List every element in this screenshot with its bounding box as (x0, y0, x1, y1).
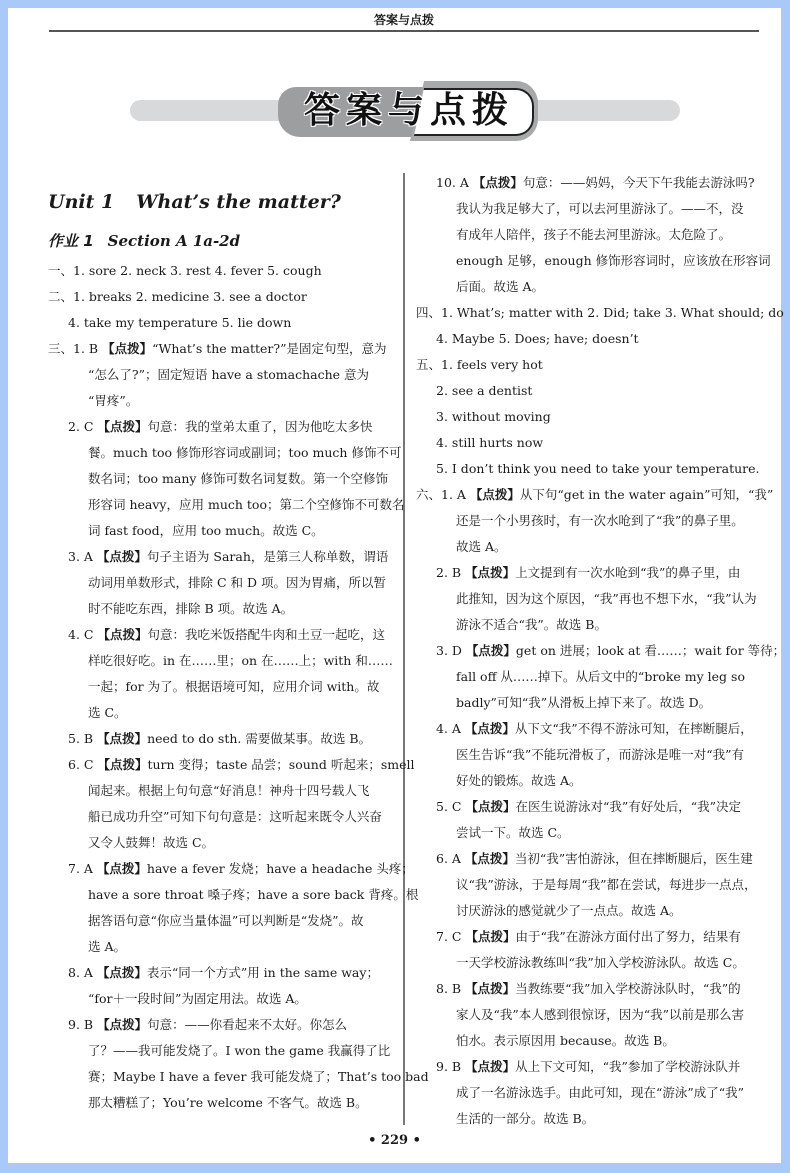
answer-item-first-line: 4. C 【点拨】句意：我吃米饭搭配牛肉和土豆一起吃，这 (48, 622, 392, 648)
answer-item-line: fall off 从……掉下。从后文中的“broke my leg so (416, 664, 761, 690)
banner-title: 答案与点拨 (278, 89, 540, 133)
answer-part-1: 一、1. sore 2. neck 3. rest 4. fever 5. co… (48, 258, 392, 284)
answer-item-first-line: 9. B 【点拨】句意：——你看起来不太好。你怎么 (48, 1012, 392, 1038)
tip-label: 【点拨】 (102, 341, 152, 356)
answer-item-first-line: 2. B 【点拨】上文提到有一次水呛到“我”的鼻子里，由 (416, 560, 761, 586)
answer-item-line: 讨厌游泳的感觉就少了一点点。故选 A。 (416, 898, 761, 924)
answer-item-line: 一起；for 为了。根据语境可知，应用介词 with。故 (48, 674, 392, 700)
answer-item: 六、1. A 【点拨】从下句“get in the water again”可知… (416, 482, 761, 560)
answer-item-first-line: 8. B 【点拨】当教练要“我”加入学校游泳队时，“我”的 (416, 976, 761, 1002)
answer-item-line: 赛；Maybe I have a fever 我可能发烧了；That’s too… (48, 1064, 392, 1090)
unit-title: What’s the matter? (136, 191, 341, 213)
answer-item-line: 议“我”游泳，于是每周“我”都在尝试，每进步一点点， (416, 872, 761, 898)
answer-part-2-line-2: 4. take my temperature 5. lie down (48, 310, 392, 336)
answer-item-line: have a sore throat 嗓子疼；have a sore back … (48, 882, 392, 908)
answer-item-line: 有成年人陪伴，孩子不能去河里游泳。太危险了。 (416, 222, 761, 248)
answer-item-line: 闻起来。根据上句句意“好消息！神舟十四号载人飞 (48, 778, 392, 804)
answer-item-line: 选 A。 (48, 934, 392, 960)
answer-part-5-item-1: 五、1. feels very hot (416, 352, 761, 378)
tip-label: 【点拨】 (470, 487, 520, 502)
answer-part-3-continued: 10. A 【点拨】句意：——妈妈，今天下午我能去游泳吗?我认为我足够大了，可以… (416, 170, 761, 300)
answer-item-line: 医生告诉“我”不能玩滑板了，而游泳是唯一对“我”有 (416, 742, 761, 768)
tip-label: 【点拨】 (465, 929, 515, 944)
answer-item: 5. B 【点拨】need to do sth. 需要做某事。故选 B。 (48, 726, 392, 752)
answer-item-first-line: 2. C 【点拨】句意：我的堂弟太重了，因为他吃太多快 (48, 414, 392, 440)
tip-label: 【点拨】 (97, 627, 147, 642)
tip-label: 【点拨】 (97, 419, 147, 434)
answer-item-line: 时不能吃东西，排除 B 项。故选 A。 (48, 596, 392, 622)
answer-item-line: badly”可知“我”从滑板上掉下来了。故选 D。 (416, 690, 761, 716)
answer-item-line: 又令人鼓舞！故选 C。 (48, 830, 392, 856)
answer-part-4-line-2: 4. Maybe 5. Does; have; doesn’t (416, 326, 761, 352)
tip-label: 【点拨】 (465, 851, 515, 866)
answer-item-line: 尝试一下。故选 C。 (416, 820, 761, 846)
answer-item: 7. C 【点拨】由于“我”在游泳方面付出了努力，结果有一天学校游泳教练叫“我”… (416, 924, 761, 976)
answer-item-line: 了？——我可能发烧了。I won the game 我赢得了比 (48, 1038, 392, 1064)
document-page: 答案与点拨 答案与点拨 Unit 1What’s the matter? 作业 … (8, 8, 781, 1163)
answer-item: 2. B 【点拨】上文提到有一次水呛到“我”的鼻子里，由此推知，因为这个原因，“… (416, 560, 761, 638)
answer-item: 2. C 【点拨】句意：我的堂弟太重了，因为他吃太多快餐。much too 修饰… (48, 414, 392, 544)
answer-item: 3. D 【点拨】get on 进展；look at 看……；wait for … (416, 638, 761, 716)
answer-item-first-line: 六、1. A 【点拨】从下句“get in the water again”可知… (416, 482, 761, 508)
tip-label: 【点拨】 (465, 721, 515, 736)
answer-part-5-item-3: 3. without moving (416, 404, 761, 430)
answer-item-line: 生活的一部分。故选 B。 (416, 1106, 761, 1132)
tip-label: 【点拨】 (97, 861, 147, 876)
answer-item: 3. A 【点拨】句子主语为 Sarah，是第三人称单数，谓语动词用单数形式，排… (48, 544, 392, 622)
answer-part-5-item-5: 5. I don’t think you need to take your t… (416, 456, 761, 482)
answer-item-line: 成了一名游泳选手。由此可知，现在“游泳”成了“我” (416, 1080, 761, 1106)
answer-item-first-line: 6. A 【点拨】当初“我”害怕游泳，但在摔断腿后，医生建 (416, 846, 761, 872)
homework-heading: 作业 1Section A 1a-2d (48, 230, 392, 252)
answer-item-line: 数名词；too many 修饰可数名词复数。第一个空修饰 (48, 466, 392, 492)
answer-item-line: 选 C。 (48, 700, 392, 726)
tip-label: 【点拨】 (465, 1059, 515, 1074)
answer-item-first-line: 6. C 【点拨】turn 变得；taste 品尝；sound 听起来；smel… (48, 752, 392, 778)
answer-item-first-line: 3. A 【点拨】句子主语为 Sarah，是第三人称单数，谓语 (48, 544, 392, 570)
answer-item-line: enough 足够，enough 修饰形容词时，应该放在形容词 (416, 248, 761, 274)
answer-item-line: 家人及“我”本人感到很惊讶，因为“我”以前是那么害 (416, 1002, 761, 1028)
answer-item-line: 船已成功升空”可知下句句意是：这听起来既令人兴奋 (48, 804, 392, 830)
answer-item-line: 动词用单数形式，排除 C 和 D 项。因为胃痛，所以暂 (48, 570, 392, 596)
answer-part-6: 六、1. A 【点拨】从下句“get in the water again”可知… (416, 482, 761, 1132)
answer-item: 8. A 【点拨】表示“同一个方式”用 in the same way；“for… (48, 960, 392, 1012)
tip-label: 【点拨】 (465, 799, 515, 814)
answer-item: 9. B 【点拨】从上下文可知，“我”参加了学校游泳队并成了一名游泳选手。由此可… (416, 1054, 761, 1132)
answer-item: 9. B 【点拨】句意：——你看起来不太好。你怎么了？——我可能发烧了。I wo… (48, 1012, 392, 1116)
answer-item-line: 好处的锻炼。故选 A。 (416, 768, 761, 794)
answer-item: 4. C 【点拨】句意：我吃米饭搭配牛肉和土豆一起吃，这样吃很好吃。in 在……… (48, 622, 392, 726)
column-divider (403, 173, 405, 1125)
answer-item-line: 故选 A。 (416, 534, 761, 560)
answer-item-line: 此推知，因为这个原因，“我”再也不想下水，“我”认为 (416, 586, 761, 612)
answer-item-line: 游泳不适合“我”。故选 B。 (416, 612, 761, 638)
answer-part-5-item-2: 2. see a dentist (416, 378, 761, 404)
tip-label: 【点拨】 (465, 565, 515, 580)
answer-item-first-line: 三、1. B 【点拨】“What’s the matter?”是固定句型，意为 (48, 336, 392, 362)
answer-item-first-line: 4. A 【点拨】从下文“我”不得不游泳可知，在摔断腿后， (416, 716, 761, 742)
answer-item-line: 后面。故选 A。 (416, 274, 761, 300)
tip-label: 【点拨】 (466, 643, 516, 658)
page-number: • 229 • (8, 1132, 781, 1150)
answer-item-first-line: 9. B 【点拨】从上下文可知，“我”参加了学校游泳队并 (416, 1054, 761, 1080)
answer-item-line: “for＋一段时间”为固定用法。故选 A。 (48, 986, 392, 1012)
answer-item-first-line: 7. C 【点拨】由于“我”在游泳方面付出了努力，结果有 (416, 924, 761, 950)
answer-item-line: 词 fast food，应用 too much。故选 C。 (48, 518, 392, 544)
chapter-banner: 答案与点拨 (278, 81, 540, 141)
answer-item-line: 样吃很好吃。in 在……里；on 在……上；with 和…… (48, 648, 392, 674)
answer-item: 三、1. B 【点拨】“What’s the matter?”是固定句型，意为“… (48, 336, 392, 414)
answer-item: 6. A 【点拨】当初“我”害怕游泳，但在摔断腿后，医生建议“我”游泳，于是每周… (416, 846, 761, 924)
answer-part-5-item-4: 4. still hurts now (416, 430, 761, 456)
answer-item-line: 还是一个小男孩时，有一次水呛到了“我”的鼻子里。 (416, 508, 761, 534)
tip-label: 【点拨】 (465, 981, 515, 996)
answer-item-line: 据答语句意“你应当量体温”可以判断是“发烧”。故 (48, 908, 392, 934)
answer-item-first-line: 5. B 【点拨】need to do sth. 需要做某事。故选 B。 (48, 726, 392, 752)
right-column: 10. A 【点拨】句意：——妈妈，今天下午我能去游泳吗?我认为我足够大了，可以… (416, 170, 761, 1132)
answer-item-line: 我认为我足够大了，可以去河里游泳了。——不，没 (416, 196, 761, 222)
answer-item-line: “胃疼”。 (48, 388, 392, 414)
tip-label: 【点拨】 (473, 175, 523, 190)
answer-item-first-line: 7. A 【点拨】have a fever 发烧；have a headache… (48, 856, 392, 882)
answer-item-line: 形容词 heavy，应用 much too；第二个空修饰不可数名 (48, 492, 392, 518)
answer-item-first-line: 3. D 【点拨】get on 进展；look at 看……；wait for … (416, 638, 761, 664)
answer-item: 5. C 【点拨】在医生说游泳对“我”有好处后，“我”决定尝试一下。故选 C。 (416, 794, 761, 846)
homework-label: 作业 1 (48, 232, 94, 250)
unit-number: Unit 1 (48, 191, 114, 213)
answer-item-first-line: 5. C 【点拨】在医生说游泳对“我”有好处后，“我”决定 (416, 794, 761, 820)
left-column: Unit 1What’s the matter? 作业 1Section A 1… (48, 178, 392, 1116)
unit-heading: Unit 1What’s the matter? (48, 190, 392, 214)
answer-item-line: 怕水。表示原因用 because。故选 B。 (416, 1028, 761, 1054)
answer-part-2-line-1: 二、1. breaks 2. medicine 3. see a doctor (48, 284, 392, 310)
answer-part-3: 三、1. B 【点拨】“What’s the matter?”是固定句型，意为“… (48, 336, 392, 1116)
answer-item: 7. A 【点拨】have a fever 发烧；have a headache… (48, 856, 392, 960)
answer-part-4-line-1: 四、1. What’s; matter with 2. Did; take 3.… (416, 300, 761, 326)
tip-label: 【点拨】 (97, 965, 147, 980)
answer-item: 6. C 【点拨】turn 变得；taste 品尝；sound 听起来；smel… (48, 752, 392, 856)
answer-item: 8. B 【点拨】当教练要“我”加入学校游泳队时，“我”的家人及“我”本人感到很… (416, 976, 761, 1054)
answer-item: 10. A 【点拨】句意：——妈妈，今天下午我能去游泳吗?我认为我足够大了，可以… (416, 170, 761, 300)
answer-item-line: 餐。much too 修饰形容词或副词；too much 修饰不可 (48, 440, 392, 466)
answer-item: 4. A 【点拨】从下文“我”不得不游泳可知，在摔断腿后，医生告诉“我”不能玩滑… (416, 716, 761, 794)
answer-item-line: “怎么了?”；固定短语 have a stomachache 意为 (48, 362, 392, 388)
section-label: Section A 1a-2d (108, 232, 240, 250)
answer-item-first-line: 10. A 【点拨】句意：——妈妈，今天下午我能去游泳吗? (416, 170, 761, 196)
tip-label: 【点拨】 (97, 1017, 147, 1032)
running-head: 答案与点拨 (49, 8, 759, 32)
tip-label: 【点拨】 (97, 757, 147, 772)
tip-label: 【点拨】 (97, 549, 147, 564)
answer-item-line: 一天学校游泳教练叫“我”加入学校游泳队。故选 C。 (416, 950, 761, 976)
answer-item-first-line: 8. A 【点拨】表示“同一个方式”用 in the same way； (48, 960, 392, 986)
banner-bar-left (130, 100, 290, 121)
tip-label: 【点拨】 (97, 731, 147, 746)
answer-item-line: 那太糟糕了；You’re welcome 不客气。故选 B。 (48, 1090, 392, 1116)
banner-bar-right (520, 100, 680, 121)
